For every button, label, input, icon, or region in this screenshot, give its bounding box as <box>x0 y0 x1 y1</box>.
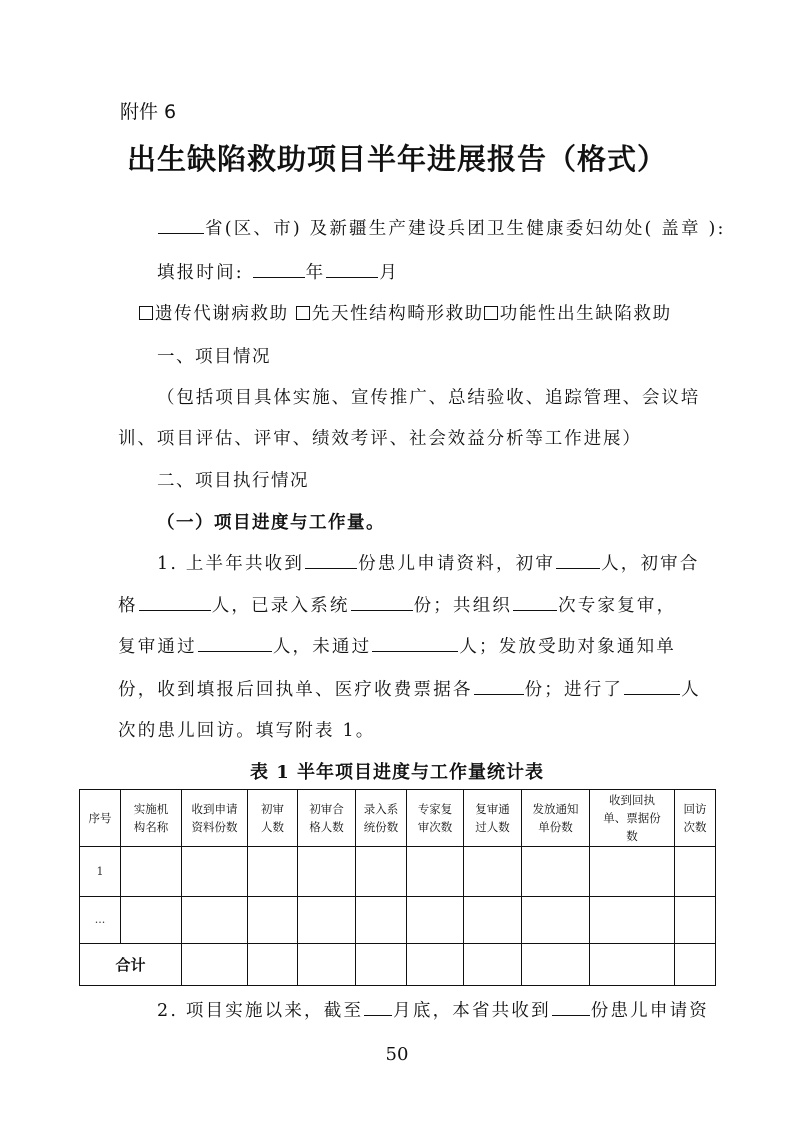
section1-note-line1: （包括项目具体实施、宣传推广、总结验收、追踪管理、会议培 <box>157 384 700 409</box>
table-cell[interactable] <box>407 897 464 944</box>
category-label: 功能性出生缺陷救助 <box>500 304 672 324</box>
para1-line4: 份，收到填报后回执单、医疗收费票据各份；进行了人 <box>118 676 701 701</box>
table-cell[interactable] <box>182 897 248 944</box>
header-cell-receipts: 收到回执单、票据份数 <box>590 790 675 847</box>
initial-qualified-blank[interactable] <box>139 594 211 611</box>
text: 份；共组织 <box>414 596 513 616</box>
table-cell[interactable] <box>590 847 675 897</box>
text: 份，收到填报后回执单、医疗收费票据各 <box>118 680 473 700</box>
text: 次专家复审， <box>558 596 676 616</box>
progress-workload-table: 序号 实施机构名称 收到申请资料份数 初审人数 初审合格人数 录入系统份数 专家… <box>79 789 716 986</box>
para1-line5: 次的患儿回访。填写附表 1。 <box>118 717 376 742</box>
section1-note-line2: 训、项目评估、评审、绩效考评、社会效益分析等工作进展） <box>118 425 642 450</box>
text: 人；发放受助对象通知单 <box>459 637 676 657</box>
review-failed-blank[interactable] <box>372 635 458 652</box>
header-cell-initial-qualified: 初审合格人数 <box>298 790 356 847</box>
total-cell[interactable] <box>407 944 464 986</box>
follow-up-visits-blank[interactable] <box>624 678 680 695</box>
text: 1. 上半年共收到 <box>157 554 304 574</box>
category-label: 遗传代谢病救助 <box>155 304 289 324</box>
text: 人，已录入系统 <box>212 596 350 616</box>
header-cell-initial-review: 初审人数 <box>248 790 298 847</box>
total-cell[interactable] <box>248 944 298 986</box>
checkbox-icon[interactable] <box>484 306 498 320</box>
total-cell[interactable] <box>590 944 675 986</box>
header-cell-entered-system: 录入系统份数 <box>356 790 407 847</box>
document-title: 出生缺陷救助项目半年进展报告（格式） <box>0 137 794 178</box>
table-cell[interactable] <box>356 897 407 944</box>
table-cell[interactable] <box>522 847 590 897</box>
category-label: 先天性结构畸形救助 <box>312 304 484 324</box>
province-blank[interactable] <box>158 217 204 234</box>
total-cell[interactable] <box>522 944 590 986</box>
as-of-month-blank[interactable] <box>364 999 392 1016</box>
table-cell[interactable] <box>407 847 464 897</box>
text: 月底，本省共收到 <box>393 1001 551 1021</box>
table-cell[interactable] <box>182 847 248 897</box>
month-blank[interactable] <box>326 261 378 278</box>
table-header-row: 序号 实施机构名称 收到申请资料份数 初审人数 初审合格人数 录入系统份数 专家… <box>80 790 716 847</box>
total-cell[interactable] <box>356 944 407 986</box>
year-blank[interactable] <box>253 261 305 278</box>
section1-heading: 一、项目情况 <box>157 343 271 368</box>
row-index: 1 <box>80 847 121 897</box>
table-row: ... <box>80 897 716 944</box>
cumulative-applications-blank[interactable] <box>552 999 590 1016</box>
text: 人，未通过 <box>273 637 372 657</box>
table1-caption: 表 1 半年项目进度与工作量统计表 <box>0 758 794 784</box>
text: 份患儿申请资料，初审 <box>358 554 555 574</box>
checkbox-icon[interactable] <box>139 306 153 320</box>
page-number: 50 <box>0 1044 794 1065</box>
table-cell[interactable] <box>248 897 298 944</box>
category-options: 遗传代谢病救助 先天性结构畸形救助功能性出生缺陷救助 <box>139 300 672 325</box>
para1-line1: 1. 上半年共收到份患儿申请资料，初审人，初审合 <box>157 550 700 575</box>
table-cell[interactable] <box>522 897 590 944</box>
table-cell[interactable] <box>356 847 407 897</box>
year-label: 年 <box>306 263 326 283</box>
report-time-line: 填报时间: 年月 <box>157 259 399 284</box>
receipts-blank[interactable] <box>474 678 524 695</box>
table-cell[interactable] <box>298 847 356 897</box>
category-option[interactable]: 遗传代谢病救助 <box>139 304 289 324</box>
expert-review-count-blank[interactable] <box>513 594 557 611</box>
table-cell[interactable] <box>590 897 675 944</box>
header-cell-review-passed: 复审通过人数 <box>464 790 522 847</box>
table-cell[interactable] <box>675 897 716 944</box>
entered-system-blank[interactable] <box>351 594 413 611</box>
text: 格 <box>118 596 138 616</box>
table-total-row: 合计 <box>80 944 716 986</box>
review-passed-blank[interactable] <box>198 635 272 652</box>
header-cell-notices: 发放通知单份数 <box>522 790 590 847</box>
header-cell-index: 序号 <box>80 790 121 847</box>
subsection-heading: （一）项目进度与工作量。 <box>157 509 385 534</box>
section2-heading: 二、项目执行情况 <box>157 467 309 492</box>
report-time-label: 填报时间: <box>157 263 244 283</box>
total-label: 合计 <box>80 944 182 986</box>
attachment-label: 附件 6 <box>120 97 176 124</box>
para2-line1: 2. 项目实施以来，截至月底，本省共收到份患儿申请资 <box>157 997 709 1022</box>
table-cell[interactable] <box>298 897 356 944</box>
table-cell[interactable] <box>464 847 522 897</box>
addressee-text: 省(区、市) 及新疆生产建设兵团卫生健康委妇幼处( 盖章 ): <box>205 219 726 239</box>
text: 复审通过 <box>118 637 197 657</box>
text: 人，初审合 <box>601 554 700 574</box>
category-option[interactable]: 功能性出生缺陷救助 <box>484 304 672 324</box>
table-cell[interactable] <box>464 897 522 944</box>
applications-received-blank[interactable] <box>305 552 357 569</box>
total-cell[interactable] <box>675 944 716 986</box>
text: 2. 项目实施以来，截至 <box>157 1001 363 1021</box>
text: 份患儿申请资 <box>591 1001 709 1021</box>
text: 人 <box>681 680 701 700</box>
para1-line3: 复审通过人，未通过人；发放受助对象通知单 <box>118 633 676 658</box>
table-row: 1 <box>80 847 716 897</box>
month-label: 月 <box>379 263 399 283</box>
checkbox-icon[interactable] <box>296 306 310 320</box>
text: 份；进行了 <box>525 680 624 700</box>
total-cell[interactable] <box>182 944 248 986</box>
para1-line2: 格人，已录入系统份；共组织次专家复审， <box>118 592 676 617</box>
header-cell-expert-review: 专家复审次数 <box>407 790 464 847</box>
header-cell-institution: 实施机构名称 <box>121 790 182 847</box>
header-cell-follow-ups: 回访次数 <box>675 790 716 847</box>
addressee-line: 省(区、市) 及新疆生产建设兵团卫生健康委妇幼处( 盖章 ): <box>157 215 726 240</box>
total-cell[interactable] <box>464 944 522 986</box>
initial-review-blank[interactable] <box>556 552 600 569</box>
category-option[interactable]: 先天性结构畸形救助 <box>296 304 484 324</box>
table-cell[interactable] <box>675 847 716 897</box>
table-cell[interactable] <box>248 847 298 897</box>
table-cell[interactable] <box>121 897 182 944</box>
header-cell-applications: 收到申请资料份数 <box>182 790 248 847</box>
total-cell[interactable] <box>298 944 356 986</box>
table-cell[interactable] <box>121 847 182 897</box>
row-index: ... <box>80 897 121 944</box>
